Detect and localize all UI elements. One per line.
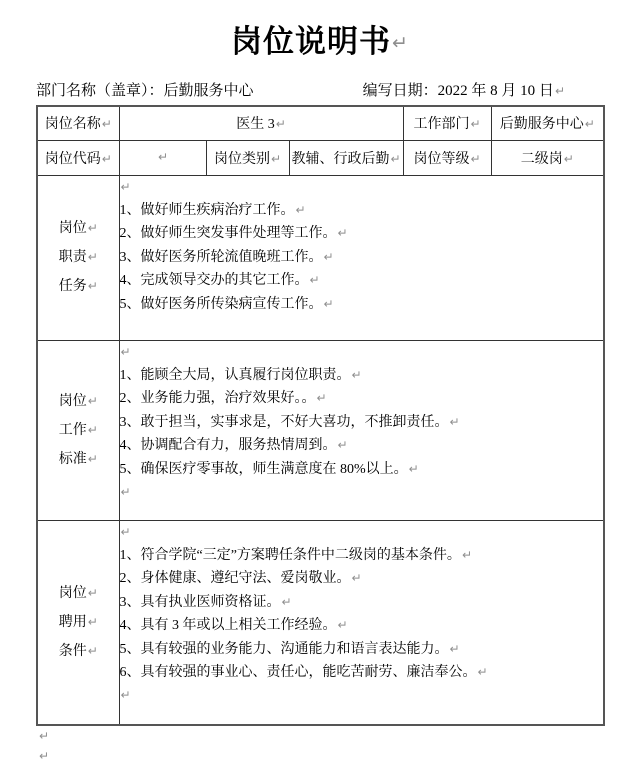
standard-item: 2、业务能力强，治疗效果好。。 xyxy=(120,391,316,406)
work-dept-label: 工作部门 xyxy=(414,117,470,132)
paragraph-mark-icon: ↵ xyxy=(271,152,281,166)
paragraph-mark-icon: ↵ xyxy=(88,279,98,293)
paragraph-mark-icon: ↵ xyxy=(338,438,348,452)
table-row: 岗位↵ 职责↵ 任务↵ ↵ 1、做好师生疾病治疗工作。↵ 2、做好师生突发事件处… xyxy=(37,175,604,340)
duties-label-cell: 岗位↵ 职责↵ 任务↵ xyxy=(37,175,119,340)
position-type-label-cell: 岗位类别↵ xyxy=(206,140,289,175)
duty-item: 1、做好师生疾病治疗工作。 xyxy=(120,203,295,218)
paragraph-mark-icon: ↵ xyxy=(338,618,348,632)
position-name-label-cell: 岗位名称↵ xyxy=(37,106,119,140)
position-type-value-cell: 教辅、行政后勤↵ xyxy=(289,140,403,175)
write-date-wrap: 编写日期：2022 年 8 月 10 日↵ xyxy=(363,79,565,100)
conditions-label-line: 条件 xyxy=(59,644,87,659)
position-type-value: 教辅、行政后勤 xyxy=(291,152,389,167)
duties-label-line: 岗位 xyxy=(59,221,87,236)
paragraph-mark-icon: ↵ xyxy=(88,423,98,437)
table-row: 岗位↵ 工作↵ 标准↵ ↵ 1、能顾全大局，认真履行岗位职责。↵ 2、业务能力强… xyxy=(37,340,604,520)
condition-item: 4、具有 3 年或以上相关工作经验。 xyxy=(120,618,337,633)
paragraph-mark-icon: ↵ xyxy=(555,84,565,98)
paragraph-mark-icon: ↵ xyxy=(585,117,595,131)
duty-item: 5、做好医务所传染病宣传工作。 xyxy=(120,297,323,312)
conditions-label-cell: 岗位↵ 聘用↵ 条件↵ xyxy=(37,520,119,725)
position-code-value-cell: ↵ xyxy=(119,140,206,175)
standards-label-line: 工作 xyxy=(59,423,87,438)
title-row: 岗位说明书↵ xyxy=(36,16,603,61)
paragraph-mark-icon: ↵ xyxy=(409,462,419,476)
paragraph-mark-icon: ↵ xyxy=(102,117,112,131)
paragraph-mark-icon: ↵ xyxy=(317,391,327,405)
paragraph-mark-icon: ↵ xyxy=(88,221,98,235)
position-grade-value: 二级岗 xyxy=(521,152,563,167)
document-page: 岗位说明书↵ 部门名称（盖章）：后勤服务中心 编写日期：2022 年 8 月 1… xyxy=(0,0,640,766)
condition-item: 6、具有较强的事业心、责任心，能吃苦耐劳、廉洁奉公。 xyxy=(120,665,477,680)
position-name-label: 岗位名称 xyxy=(45,117,101,132)
conditions-label-line: 岗位 xyxy=(59,586,87,601)
paragraph-mark-icon: ↵ xyxy=(478,665,488,679)
duty-item: 4、完成领导交办的其它工作。 xyxy=(120,273,309,288)
paragraph-mark-icon: ↵ xyxy=(392,32,408,54)
work-dept-value: 后勤服务中心 xyxy=(500,117,584,132)
position-grade-label-cell: 岗位等级↵ xyxy=(403,140,491,175)
paragraph-mark-icon: ↵ xyxy=(390,152,400,166)
paragraph-mark-icon: ↵ xyxy=(88,452,98,466)
position-name-value-cell: 医生 3↵ xyxy=(119,106,403,140)
duties-label-line: 任务 xyxy=(59,279,87,294)
duties-content-cell: ↵ 1、做好师生疾病治疗工作。↵ 2、做好师生突发事件处理等工作。↵ 3、做好医… xyxy=(119,175,604,340)
info-row: 部门名称（盖章）：后勤服务中心 编写日期：2022 年 8 月 10 日↵ xyxy=(36,79,603,100)
standard-item: 5、确保医疗零事故，师生满意度在 80%以上。 xyxy=(120,462,408,477)
position-grade-label: 岗位等级 xyxy=(414,152,470,167)
paragraph-mark-icon: ↵ xyxy=(450,642,460,656)
paragraph-mark-icon: ↵ xyxy=(352,571,362,585)
condition-item: 1、符合学院“三定”方案聘任条件中二级岗的基本条件。 xyxy=(120,548,461,563)
condition-item: 2、身体健康、遵纪守法、爱岗敬业。 xyxy=(120,571,351,586)
paragraph-mark-icon: ↵ xyxy=(471,117,481,131)
paragraph-mark-icon: ↵ xyxy=(471,152,481,166)
table-row: 岗位↵ 聘用↵ 条件↵ ↵ 1、符合学院“三定”方案聘任条件中二级岗的基本条件。… xyxy=(37,520,604,725)
paragraph-mark-icon: ↵ xyxy=(324,250,334,264)
standard-item: 4、协调配合有力，服务热情周到。 xyxy=(120,438,337,453)
paragraph-mark-icon: ↵ xyxy=(121,345,131,359)
paragraph-mark-icon: ↵ xyxy=(276,117,286,131)
paragraph-mark-icon: ↵ xyxy=(338,226,348,240)
paragraph-mark-icon: ↵ xyxy=(88,250,98,264)
paragraph-mark-icon: ↵ xyxy=(158,150,168,164)
paragraph-mark-icon: ↵ xyxy=(88,586,98,600)
work-dept-value-cell: 后勤服务中心↵ xyxy=(491,106,604,140)
paragraph-mark-icon: ↵ xyxy=(88,644,98,658)
paragraph-mark-icon: ↵ xyxy=(296,203,306,217)
paragraph-mark-icon: ↵ xyxy=(450,415,460,429)
paragraph-mark-icon: ↵ xyxy=(564,152,574,166)
paragraph-mark-icon: ↵ xyxy=(282,595,292,609)
paragraph-mark-icon: ↵ xyxy=(462,548,472,562)
job-description-table: 岗位名称↵ 医生 3↵ 工作部门↵ 后勤服务中心↵ 岗位代码↵ ↵ 岗位类别↵ … xyxy=(36,105,605,726)
conditions-content-cell: ↵ 1、符合学院“三定”方案聘任条件中二级岗的基本条件。↵ 2、身体健康、遵纪守… xyxy=(119,520,604,725)
paragraph-mark-icon: ↵ xyxy=(310,273,320,287)
paragraph-mark-icon: ↵ xyxy=(121,525,131,539)
condition-item: 3、具有执业医师资格证。 xyxy=(120,595,281,610)
paragraph-mark-icon: ↵ xyxy=(39,749,49,763)
standard-item: 1、能顾全大局，认真履行岗位职责。 xyxy=(120,368,351,383)
table-row: 岗位代码↵ ↵ 岗位类别↵ 教辅、行政后勤↵ 岗位等级↵ 二级岗↵ xyxy=(37,140,604,175)
standards-content-cell: ↵ 1、能顾全大局，认真履行岗位职责。↵ 2、业务能力强，治疗效果好。。↵ 3、… xyxy=(119,340,604,520)
paragraph-mark-icon: ↵ xyxy=(88,394,98,408)
paragraph-mark-icon: ↵ xyxy=(121,180,131,194)
standard-item: 3、敢于担当，实事求是，不好大喜功，不推卸责任。 xyxy=(120,415,449,430)
work-dept-label-cell: 工作部门↵ xyxy=(403,106,491,140)
empty-paragraph: ↵ xyxy=(38,746,603,766)
paragraph-mark-icon: ↵ xyxy=(88,615,98,629)
paragraph-mark-icon: ↵ xyxy=(352,368,362,382)
duty-item: 3、做好医务所轮流值晚班工作。 xyxy=(120,250,323,265)
paragraph-mark-icon: ↵ xyxy=(39,729,49,743)
duty-item: 2、做好师生突发事件处理等工作。 xyxy=(120,226,337,241)
position-name-value: 医生 3 xyxy=(236,117,275,132)
paragraph-mark-icon: ↵ xyxy=(121,688,131,702)
duties-label-line: 职责 xyxy=(59,250,87,265)
paragraph-mark-icon: ↵ xyxy=(102,152,112,166)
condition-item: 5、具有较强的业务能力、沟通能力和语言表达能力。 xyxy=(120,642,449,657)
position-type-label: 岗位类别 xyxy=(214,152,270,167)
paragraph-mark-icon: ↵ xyxy=(324,297,334,311)
write-date: 编写日期：2022 年 8 月 10 日 xyxy=(363,83,554,99)
standards-label-line: 标准 xyxy=(59,452,87,467)
position-code-label: 岗位代码 xyxy=(45,152,101,167)
conditions-label-line: 聘用 xyxy=(59,615,87,630)
department-name: 部门名称（盖章）：后勤服务中心 xyxy=(36,79,254,100)
standards-label-line: 岗位 xyxy=(59,394,87,409)
position-grade-value-cell: 二级岗↵ xyxy=(491,140,604,175)
empty-paragraph: ↵ xyxy=(38,726,603,746)
position-code-label-cell: 岗位代码↵ xyxy=(37,140,119,175)
standards-label-cell: 岗位↵ 工作↵ 标准↵ xyxy=(37,340,119,520)
paragraph-mark-icon: ↵ xyxy=(121,485,131,499)
document-title: 岗位说明书 xyxy=(231,24,391,59)
table-row: 岗位名称↵ 医生 3↵ 工作部门↵ 后勤服务中心↵ xyxy=(37,106,604,140)
